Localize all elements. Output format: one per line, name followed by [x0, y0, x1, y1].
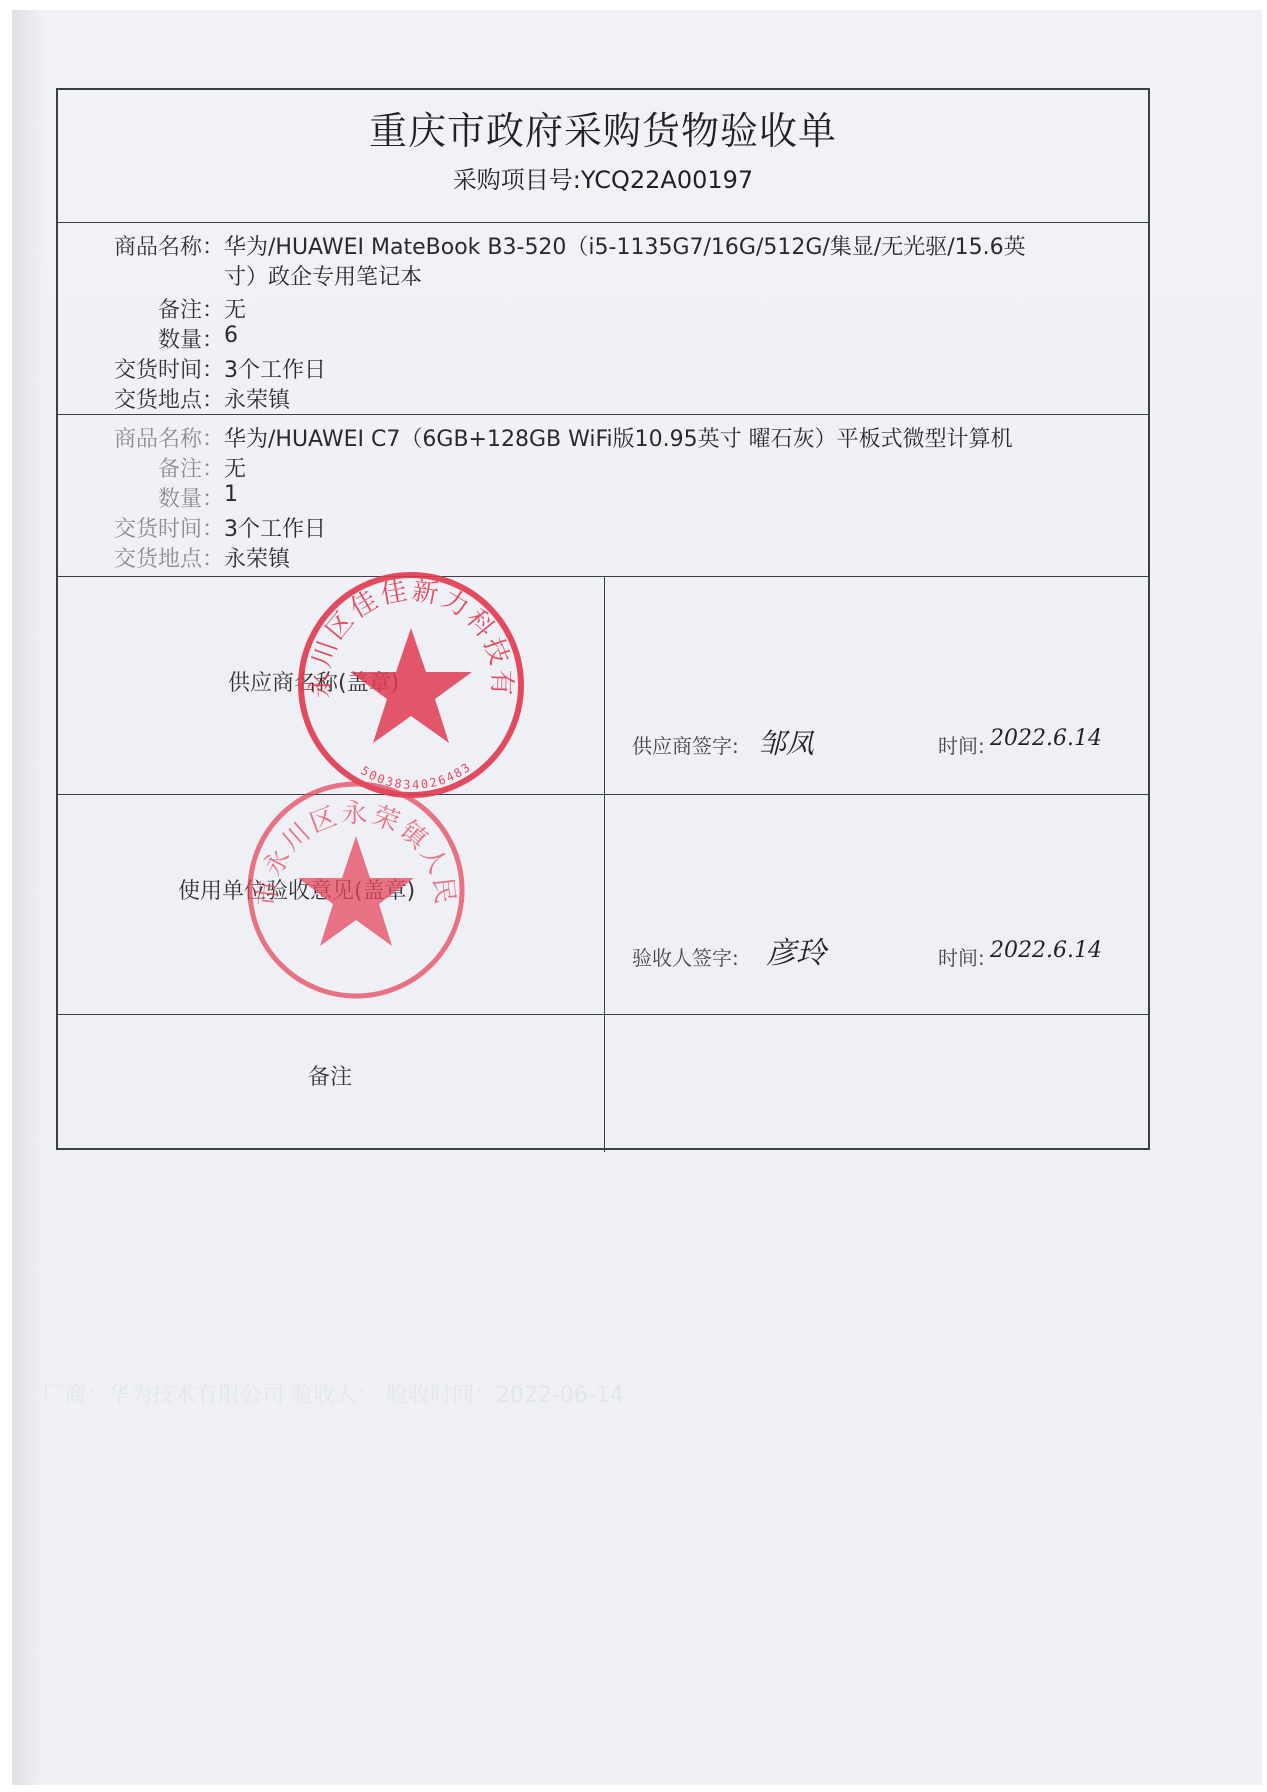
- acceptor-signature: 彦玲: [766, 928, 826, 972]
- bleed-through-footer: 厂商：华为技术有限公司 验收人： 验收时间：2022-06-14: [42, 1378, 624, 1409]
- acceptor-signature-label: 验收人签字:: [632, 942, 739, 971]
- remark-value: 无: [224, 293, 246, 324]
- user-unit-opinion-label: 使用单位验收意见(盖章): [178, 874, 415, 905]
- item-block-1: 商品名称： 华为/HUAWEI MateBook B3-520（i5-1135G…: [58, 222, 1148, 414]
- delivery-time-label: 交货时间：: [58, 512, 224, 543]
- item-name-label: 商品名称：: [58, 422, 224, 453]
- acceptor-time-label: 时间:: [938, 942, 985, 971]
- quantity-label: 数量：: [58, 323, 224, 354]
- supplier-signature-label: 供应商签字:: [632, 730, 739, 759]
- acceptance-form: 重庆市政府采购货物验收单 采购项目号:YCQ22A00197 商品名称： 华为/…: [56, 88, 1150, 1150]
- page-title: 重庆市政府采购货物验收单: [58, 100, 1148, 155]
- item-name-value: 华为/HUAWEI C7（6GB+128GB WiFi版10.95英寸 曜石灰）…: [224, 422, 1013, 453]
- delivery-time-label: 交货时间：: [58, 353, 224, 384]
- remark-label: 备注：: [58, 293, 224, 324]
- acceptor-time-value: 2022.6.14: [990, 938, 1102, 963]
- remark-label: 备注：: [58, 452, 224, 483]
- supplier-name-label: 供应商名称(盖章): [228, 666, 399, 697]
- delivery-time-value: 3个工作日: [224, 353, 326, 384]
- item-name-value-continued: 寸）政企专用笔记本: [224, 260, 422, 291]
- remark-value: 无: [224, 452, 246, 483]
- column-divider: [604, 576, 605, 1152]
- divider: [58, 576, 1148, 577]
- delivery-place-label: 交货地点：: [58, 542, 224, 573]
- item-block-2: 商品名称： 华为/HUAWEI C7（6GB+128GB WiFi版10.95英…: [58, 414, 1148, 574]
- svg-text:5003834026483: 5003834026483: [358, 759, 474, 792]
- item-name-label: 商品名称：: [58, 230, 224, 261]
- quantity-value: 6: [224, 323, 238, 354]
- delivery-time-value: 3个工作日: [224, 512, 326, 543]
- delivery-place-value: 永荣镇: [224, 542, 290, 573]
- remarks-label: 备注: [308, 1060, 352, 1091]
- scanned-paper: 厂商：华为技术有限公司 验收人： 验收时间：2022-06-14 重庆市政府采购…: [12, 10, 1262, 1785]
- supplier-signature: 邹凤: [758, 722, 814, 762]
- divider: [58, 794, 1148, 795]
- delivery-place-label: 交货地点：: [58, 383, 224, 414]
- project-number: 采购项目号:YCQ22A00197: [58, 160, 1148, 195]
- divider: [58, 1014, 1148, 1015]
- quantity-label: 数量：: [58, 482, 224, 513]
- supplier-time-value: 2022.6.14: [990, 726, 1102, 751]
- item-name-value: 华为/HUAWEI MateBook B3-520（i5-1135G7/16G/…: [224, 230, 1026, 261]
- quantity-value: 1: [224, 482, 238, 513]
- delivery-place-value: 永荣镇: [224, 383, 290, 414]
- supplier-time-label: 时间:: [938, 730, 985, 759]
